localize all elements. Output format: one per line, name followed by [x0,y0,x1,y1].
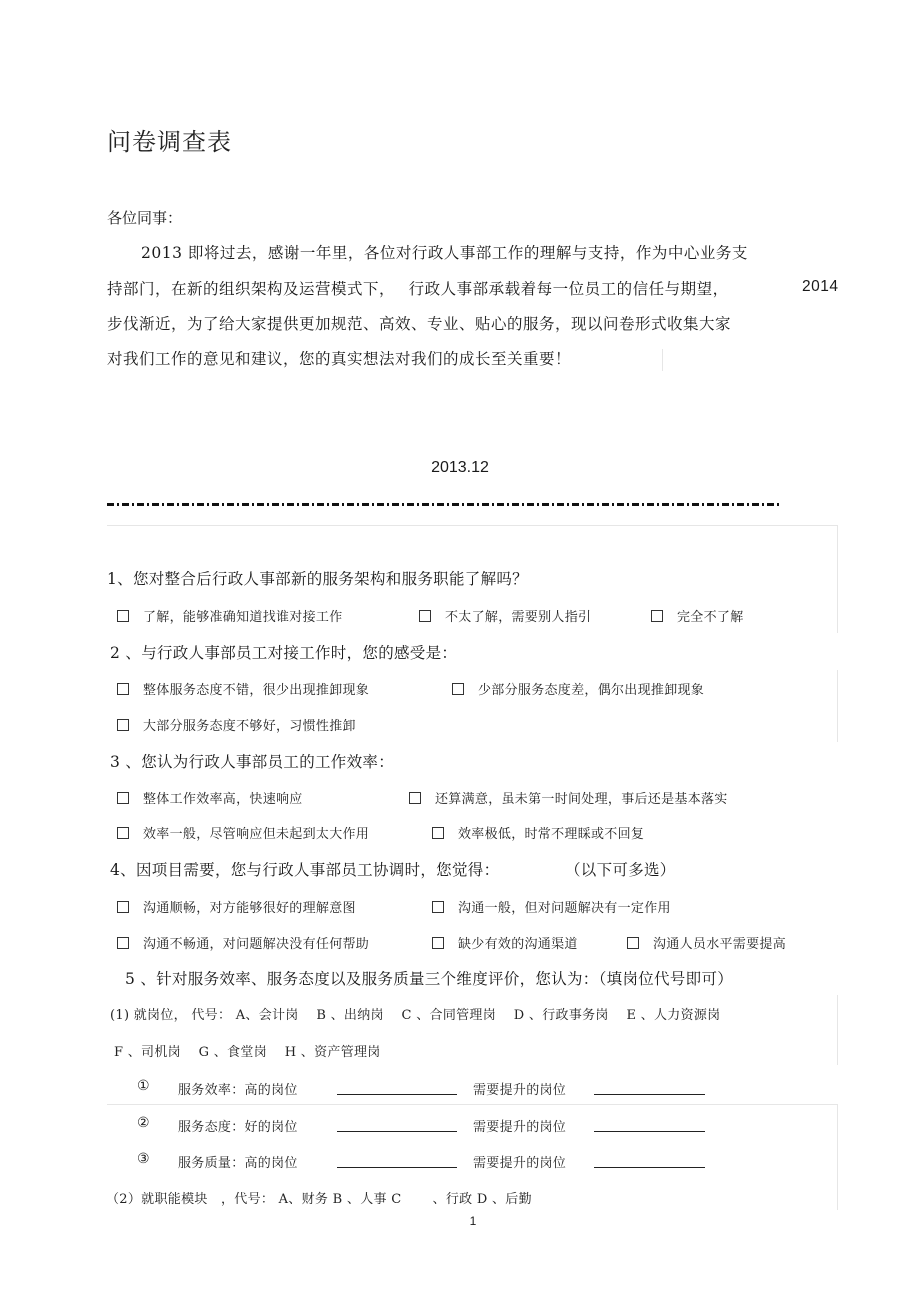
divider [107,525,837,526]
option-checkbox[interactable]: 缺少有效的沟通渠道 [432,933,578,952]
divider [837,525,838,633]
option-checkbox[interactable]: 沟通人员水平需要提高 [627,933,786,952]
rating-label: 服务效率：高的岗位 [178,1079,298,1098]
checkbox-icon[interactable] [432,937,444,949]
function-codes-line: （2）就职能模块 ，代号： A、财务 B 、人事 C 、行政 D 、后勤 [106,1188,532,1207]
question-3: 3 、您认为行政人事部员工的工作效率： [110,750,394,772]
option-checkbox[interactable]: 沟通顺畅，对方能够很好的理解意图 [117,897,356,916]
option-checkbox[interactable]: 效率极低，时常不理睬或不回复 [432,823,644,842]
intro-line-2: 持部门，在新的组织架构及运营模式下， 行政人事部承载着每一位员工的信任与期望， [107,277,729,299]
intro-line-1: 2013 即将过去，感谢一年里，各位对行政人事部工作的理解与支持，作为中心业务支 [141,241,748,263]
intro-line-3: 步伐渐近，为了给大家提供更加规范、高效、专业、贴心的服务，现以问卷形式收集大家 [107,312,731,334]
option-checkbox[interactable]: 大部分服务态度不够好，习惯性推卸 [117,715,356,734]
checkbox-icon[interactable] [409,792,421,804]
option-checkbox[interactable]: 了解，能够准确知道找谁对接工作 [117,606,343,625]
checkbox-icon[interactable] [651,610,663,622]
option-checkbox[interactable]: 不太了解，需要别人指引 [419,606,591,625]
page-number: 1 [0,1214,920,1228]
need-label: 需要提升的岗位 [473,1116,566,1135]
divider [837,1104,838,1210]
dashed-separator [107,503,782,506]
divider [107,1104,837,1105]
checkbox-icon[interactable] [627,937,639,949]
option-checkbox[interactable]: 效率一般，尽管响应但未起到太大作用 [117,823,369,842]
checkbox-icon[interactable] [117,719,129,731]
checkbox-icon[interactable] [432,827,444,839]
rating-marker: ③ [137,1151,150,1167]
option-checkbox[interactable]: 沟通一般，但对问题解决有一定作用 [432,897,671,916]
intro-year: 2014 [802,278,838,296]
checkbox-icon[interactable] [452,683,464,695]
checkbox-icon[interactable] [117,683,129,695]
rating-marker: ① [137,1078,150,1094]
high-position-field[interactable] [337,1166,457,1168]
option-checkbox[interactable]: 少部分服务态度差，偶尔出现推卸现象 [452,679,704,698]
question-4: 4、因项目需要，您与行政人事部员工协调时，您觉得： [110,858,499,880]
need-label: 需要提升的岗位 [473,1152,566,1171]
high-position-field[interactable] [337,1130,457,1132]
checkbox-icon[interactable] [117,827,129,839]
need-position-field[interactable] [594,1130,705,1132]
document-date: 2013.12 [0,459,920,477]
checkbox-icon[interactable] [117,792,129,804]
question-1: 1、您对整合后行政人事部新的服务架构和服务职能了解吗？ [107,567,528,589]
intro-line-4: 对我们工作的意见和建议，您的真实想法对我们的成长至关重要！ [107,347,571,369]
option-checkbox[interactable]: 还算满意，虽未第一时间处理，事后还是基本落实 [409,788,728,807]
need-label: 需要提升的岗位 [473,1079,566,1098]
question-4-note: （以下可多选） [565,858,676,880]
question-5: 5 、针对服务效率、服务态度以及服务质量三个维度评价，您认为：（填岗位代号即可） [125,967,733,989]
checkbox-icon[interactable] [117,937,129,949]
rating-label: 服务质量：高的岗位 [178,1152,298,1171]
greeting: 各位同事： [107,207,182,228]
position-codes-line-2: F 、司机岗 G 、食堂岗 H 、资产管理岗 [114,1041,381,1060]
divider [837,995,838,1065]
option-checkbox[interactable]: 整体服务态度不错，很少出现推卸现象 [117,679,369,698]
high-position-field[interactable] [337,1093,457,1095]
need-position-field[interactable] [594,1166,705,1168]
rating-label: 服务态度：好的岗位 [178,1116,298,1135]
checkbox-icon[interactable] [117,901,129,913]
position-codes-line-1: (1) 就岗位， 代号： A、会计岗 B 、出纳岗 C 、合同管理岗 D 、行政… [110,1004,720,1023]
document-title: 问卷调查表 [107,122,232,157]
option-checkbox[interactable]: 沟通不畅通，对问题解决没有任何帮助 [117,933,369,952]
checkbox-icon[interactable] [419,610,431,622]
option-checkbox[interactable]: 完全不了解 [651,606,744,625]
option-checkbox[interactable]: 整体工作效率高，快速响应 [117,788,303,807]
divider [837,670,838,742]
need-position-field[interactable] [594,1093,705,1095]
checkbox-icon[interactable] [432,901,444,913]
checkbox-icon[interactable] [117,610,129,622]
divider [662,349,663,371]
question-2: 2 、与行政人事部员工对接工作时，您的感受是： [110,641,457,663]
rating-marker: ② [137,1115,150,1131]
